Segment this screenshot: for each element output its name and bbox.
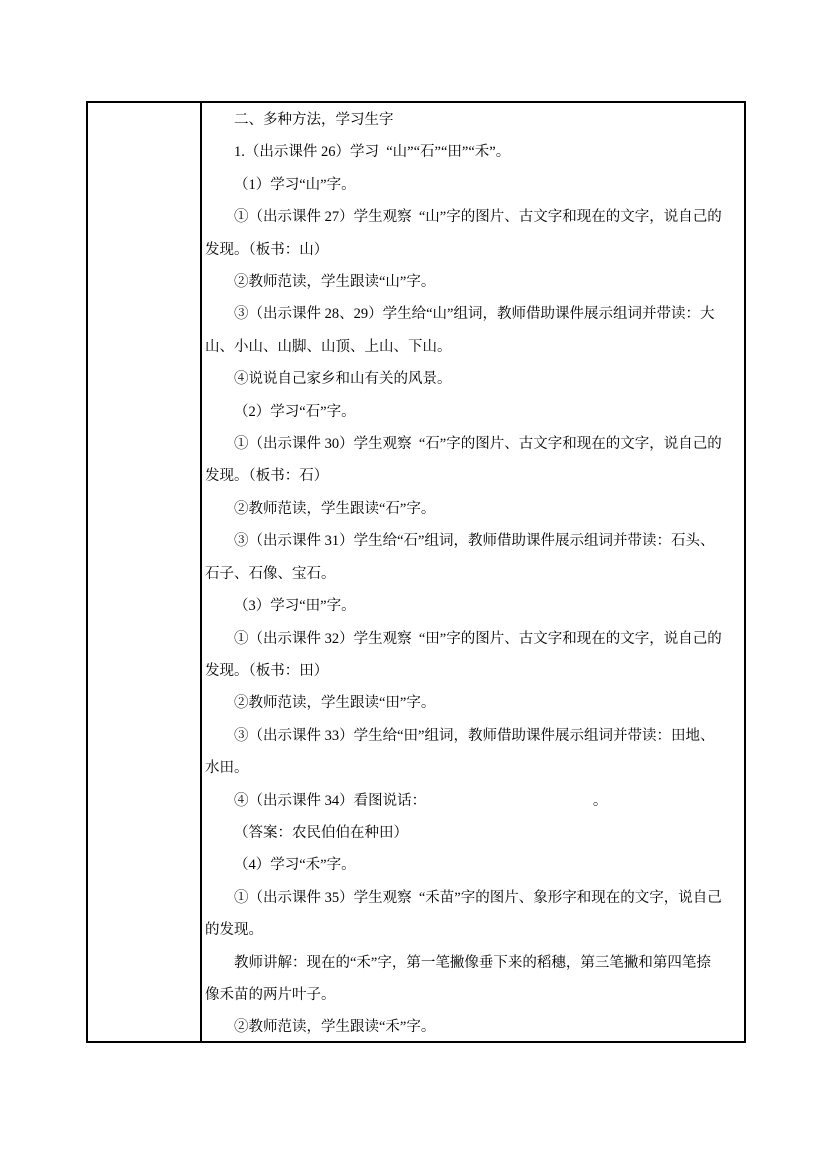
paragraph-section-heading: 二、多种方法，学习生字 [205, 104, 740, 136]
paragraph-learn-he-heading: （4）学习“禾”字。 [205, 849, 740, 881]
paragraph-shi-words: ③（出示课件 31）学生给“石”组词，教师借助课件展示组词并带读：石头、 石子、… [205, 525, 740, 590]
paragraph-he-read: ②教师范读，学生跟读“禾”字。 [205, 1011, 740, 1041]
table-left-cell [88, 103, 202, 1041]
paragraph-shi-observe: ①（出示课件 30）学生观察 “石”字的图片、古文字和现在的文字，说自己的 发现… [205, 428, 740, 493]
paragraph-tian-read: ②教师范读，学生跟读“田”字。 [205, 687, 740, 719]
paragraph-learn-shan-heading: （1）学习“山”字。 [205, 169, 740, 201]
paragraph-tian-picture-talk: ④（出示课件 34）看图说话： 。 [205, 785, 740, 817]
paragraph-shan-observe: ①（出示课件 27）学生观察 “山”字的图片、古文字和现在的文字，说自己的 发现… [205, 201, 740, 266]
paragraph-shan-words: ③（出示课件 28、29）学生给“山”组词，教师借助课件展示组词并带读：大 山、… [205, 298, 740, 363]
paragraph-tian-answer: （答案：农民伯伯在种田） [205, 817, 740, 849]
paragraph-step-1: 1.（出示课件 26）学习 “山”“石”“田”“禾”。 [205, 136, 740, 168]
paragraph-shan-talk: ④说说自己家乡和山有关的风景。 [205, 363, 740, 395]
paragraph-shan-read: ②教师范读，学生跟读“山”字。 [205, 266, 740, 298]
paragraph-learn-tian-heading: （3）学习“田”字。 [205, 590, 740, 622]
lesson-plan-table: 二、多种方法，学习生字 1.（出示课件 26）学习 “山”“石”“田”“禾”。 … [86, 101, 746, 1043]
paragraph-tian-observe: ①（出示课件 32）学生观察 “田”字的图片、古文字和现在的文字，说自己的 发现… [205, 623, 740, 688]
paragraph-he-teacher-explain: 教师讲解：现在的“禾”字，第一笔撇像垂下来的稻穗，第三笔撇和第四笔捺 像禾苗的两… [205, 947, 740, 1012]
table-right-cell: 二、多种方法，学习生字 1.（出示课件 26）学习 “山”“石”“田”“禾”。 … [202, 103, 744, 1041]
paragraph-tian-words: ③（出示课件 33）学生给“田”组词，教师借助课件展示组词并带读：田地、 水田。 [205, 720, 740, 785]
paragraph-learn-shi-heading: （2）学习“石”字。 [205, 396, 740, 428]
paragraph-shi-read: ②教师范读，学生跟读“石”字。 [205, 493, 740, 525]
paragraph-he-observe: ①（出示课件 35）学生观察 “禾苗”字的图片、象形字和现在的文字，说自己 的发… [205, 882, 740, 947]
